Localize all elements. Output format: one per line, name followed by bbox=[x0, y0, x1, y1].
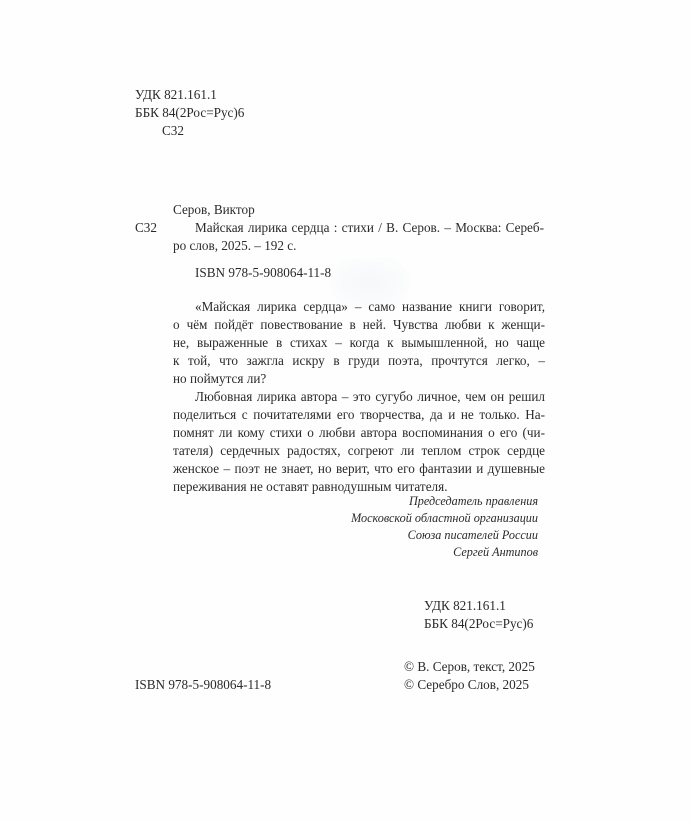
bottom-bbk: ББК 84(2Рос=Рус)6 bbox=[424, 615, 533, 633]
p1-line: к той, что зажгла искру в груди поэта, п… bbox=[173, 352, 545, 370]
p2-line: Любовная лирика автора – это сугубо личн… bbox=[173, 388, 545, 406]
copyright-publisher: © Серебро Слов, 2025 bbox=[404, 676, 535, 694]
bibliographic-description: Майская лирика сердца : стихи / В. Серов… bbox=[173, 219, 544, 255]
copyright-block: © В. Серов, текст, 2025 © Серебро Слов, … bbox=[404, 658, 535, 694]
top-classification: УДК 821.161.1 ББК 84(2Рос=Рус)6 С32 bbox=[135, 86, 244, 140]
top-bbk: ББК 84(2Рос=Рус)6 bbox=[135, 104, 244, 122]
p1-line: «Майская лирика сердца» – само название … bbox=[173, 298, 545, 316]
p2-line: женское – поэт не знает, но верит, что е… bbox=[173, 460, 545, 478]
author-heading: Серов, Виктор bbox=[173, 201, 255, 219]
bottom-classification: УДК 821.161.1 ББК 84(2Рос=Рус)6 bbox=[424, 597, 533, 633]
p2-line: помнят ли кому стихи о любви автора восп… bbox=[173, 424, 545, 442]
signature-block: Председатель правления Московской област… bbox=[330, 493, 538, 561]
record-isbn: ISBN 978-5-908064-11-8 bbox=[195, 264, 331, 282]
signature-line: Московской областной организации bbox=[330, 510, 538, 527]
description-line-1: Майская лирика сердца : стихи / В. Серов… bbox=[173, 219, 544, 237]
imprint-page: УДК 821.161.1 ББК 84(2Рос=Рус)6 С32 Серо… bbox=[0, 0, 691, 822]
annotation: «Майская лирика сердца» – само название … bbox=[173, 298, 545, 496]
description-line-2: ро слов, 2025. – 192 с. bbox=[173, 237, 544, 255]
signature-line: Председатель правления bbox=[330, 493, 538, 510]
signature-author: Сергей Антипов bbox=[330, 544, 538, 561]
record-author-mark: С32 bbox=[135, 219, 157, 237]
signature-line: Союза писателей России bbox=[330, 527, 538, 544]
top-author-mark: С32 bbox=[135, 122, 244, 140]
annotation-paragraph-2: Любовная лирика автора – это сугубо личн… bbox=[173, 388, 545, 496]
p1-line: не, выраженные в стихах – когда к вымышл… bbox=[173, 334, 545, 352]
p2-line: поделиться с почитателями его творчества… bbox=[173, 406, 545, 424]
p1-line: но поймутся ли? bbox=[173, 370, 545, 388]
bottom-udk: УДК 821.161.1 bbox=[424, 597, 533, 615]
p2-line: тателя) сердечных радостях, согреют ли т… bbox=[173, 442, 545, 460]
footer-isbn: ISBN 978-5-908064-11-8 bbox=[135, 676, 271, 694]
annotation-paragraph-1: «Майская лирика сердца» – само название … bbox=[173, 298, 545, 388]
p1-line: о чём пойдёт повествование в ней. Чувств… bbox=[173, 316, 545, 334]
top-udk: УДК 821.161.1 bbox=[135, 86, 244, 104]
copyright-author: © В. Серов, текст, 2025 bbox=[404, 658, 535, 676]
